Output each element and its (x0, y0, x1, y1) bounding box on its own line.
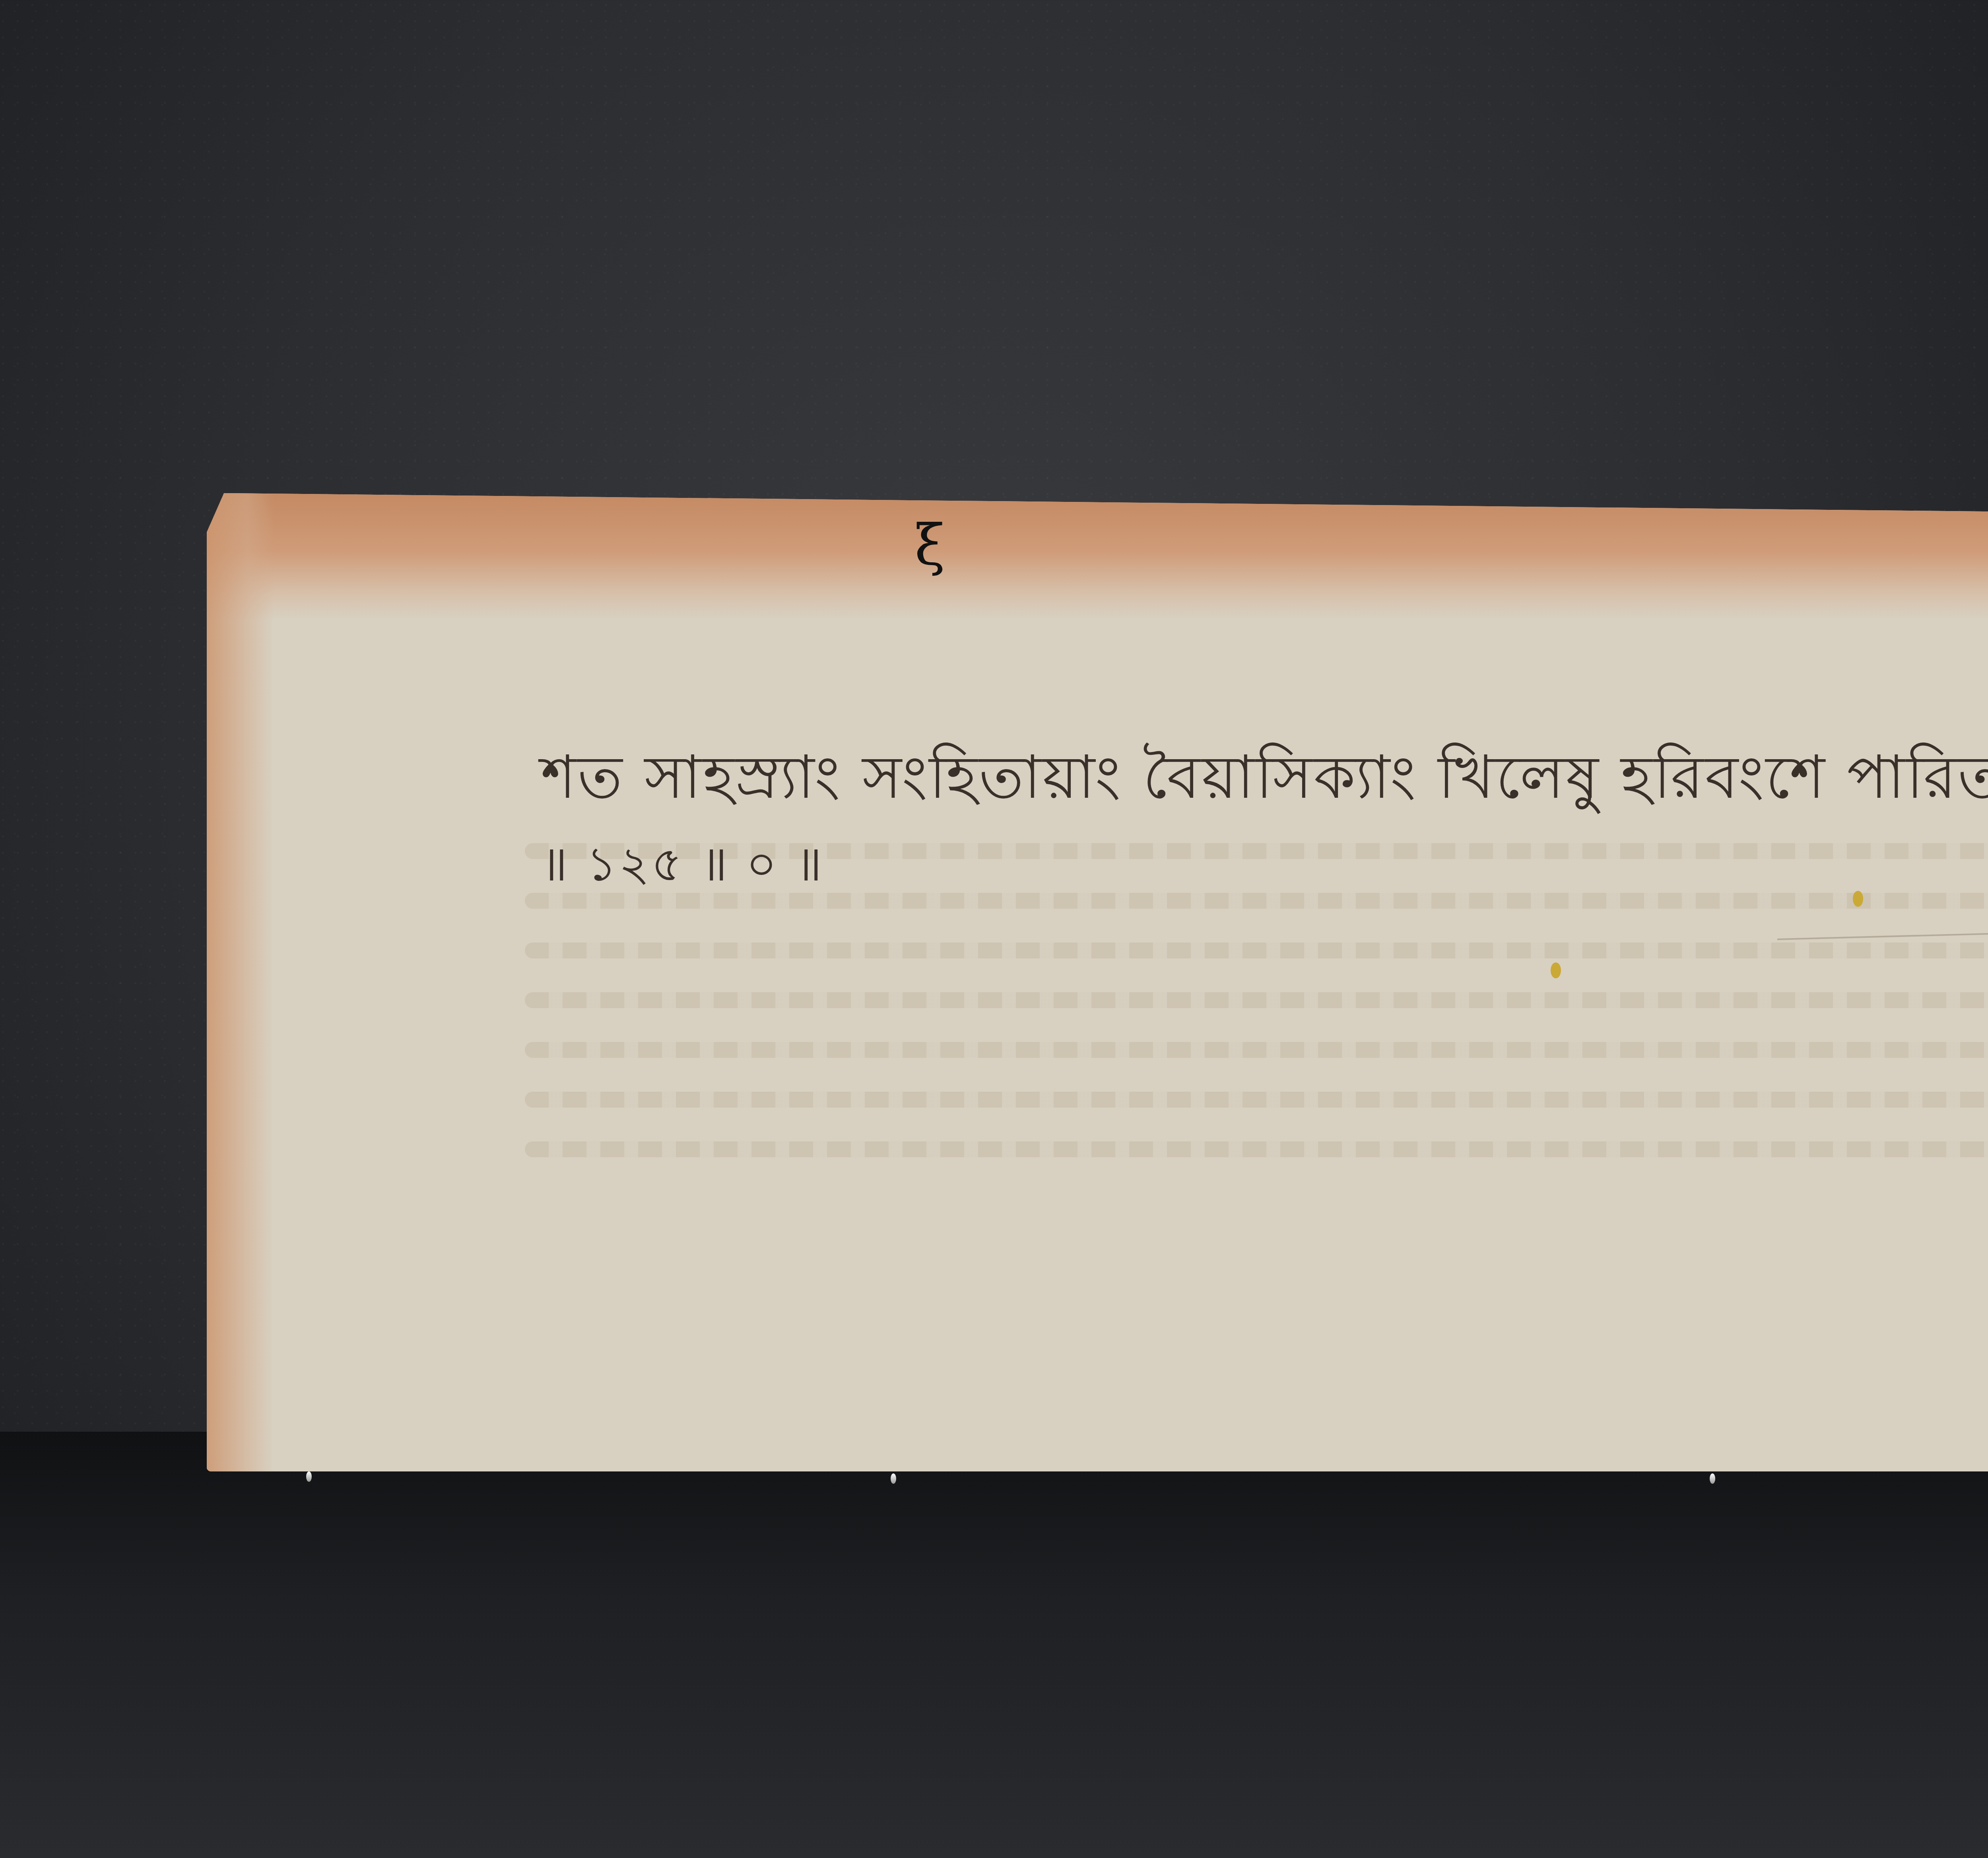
mounting-pin (306, 1471, 312, 1482)
mounting-pin (891, 1473, 896, 1484)
bleed-through-line (525, 943, 1988, 958)
manuscript-text-line-2: ॥ ১২৫ ॥ ০ ॥ (541, 827, 824, 907)
ochre-speck (1853, 891, 1863, 907)
manuscript-folio: ξ জা শত সাহস্র্যাং সংহিতায়াং বৈয়াসিক্য… (207, 493, 1988, 1471)
manuscript-text-line-1: শত সাহস্র্যাং সংহিতায়াং বৈয়াসিক্যাং খি… (541, 732, 1988, 831)
bleed-through-line (525, 1141, 1988, 1157)
bleed-through-line (525, 992, 1988, 1008)
bleed-through-line (525, 1042, 1988, 1058)
water-stain-left (207, 493, 274, 1471)
water-stain-top (207, 493, 1988, 620)
top-margin-mark: ξ (914, 513, 945, 578)
mounting-pin (1710, 1473, 1715, 1484)
shadow-below-folio (0, 1432, 1988, 1858)
ochre-speck (1551, 962, 1561, 978)
bleed-through-line (525, 1092, 1988, 1108)
